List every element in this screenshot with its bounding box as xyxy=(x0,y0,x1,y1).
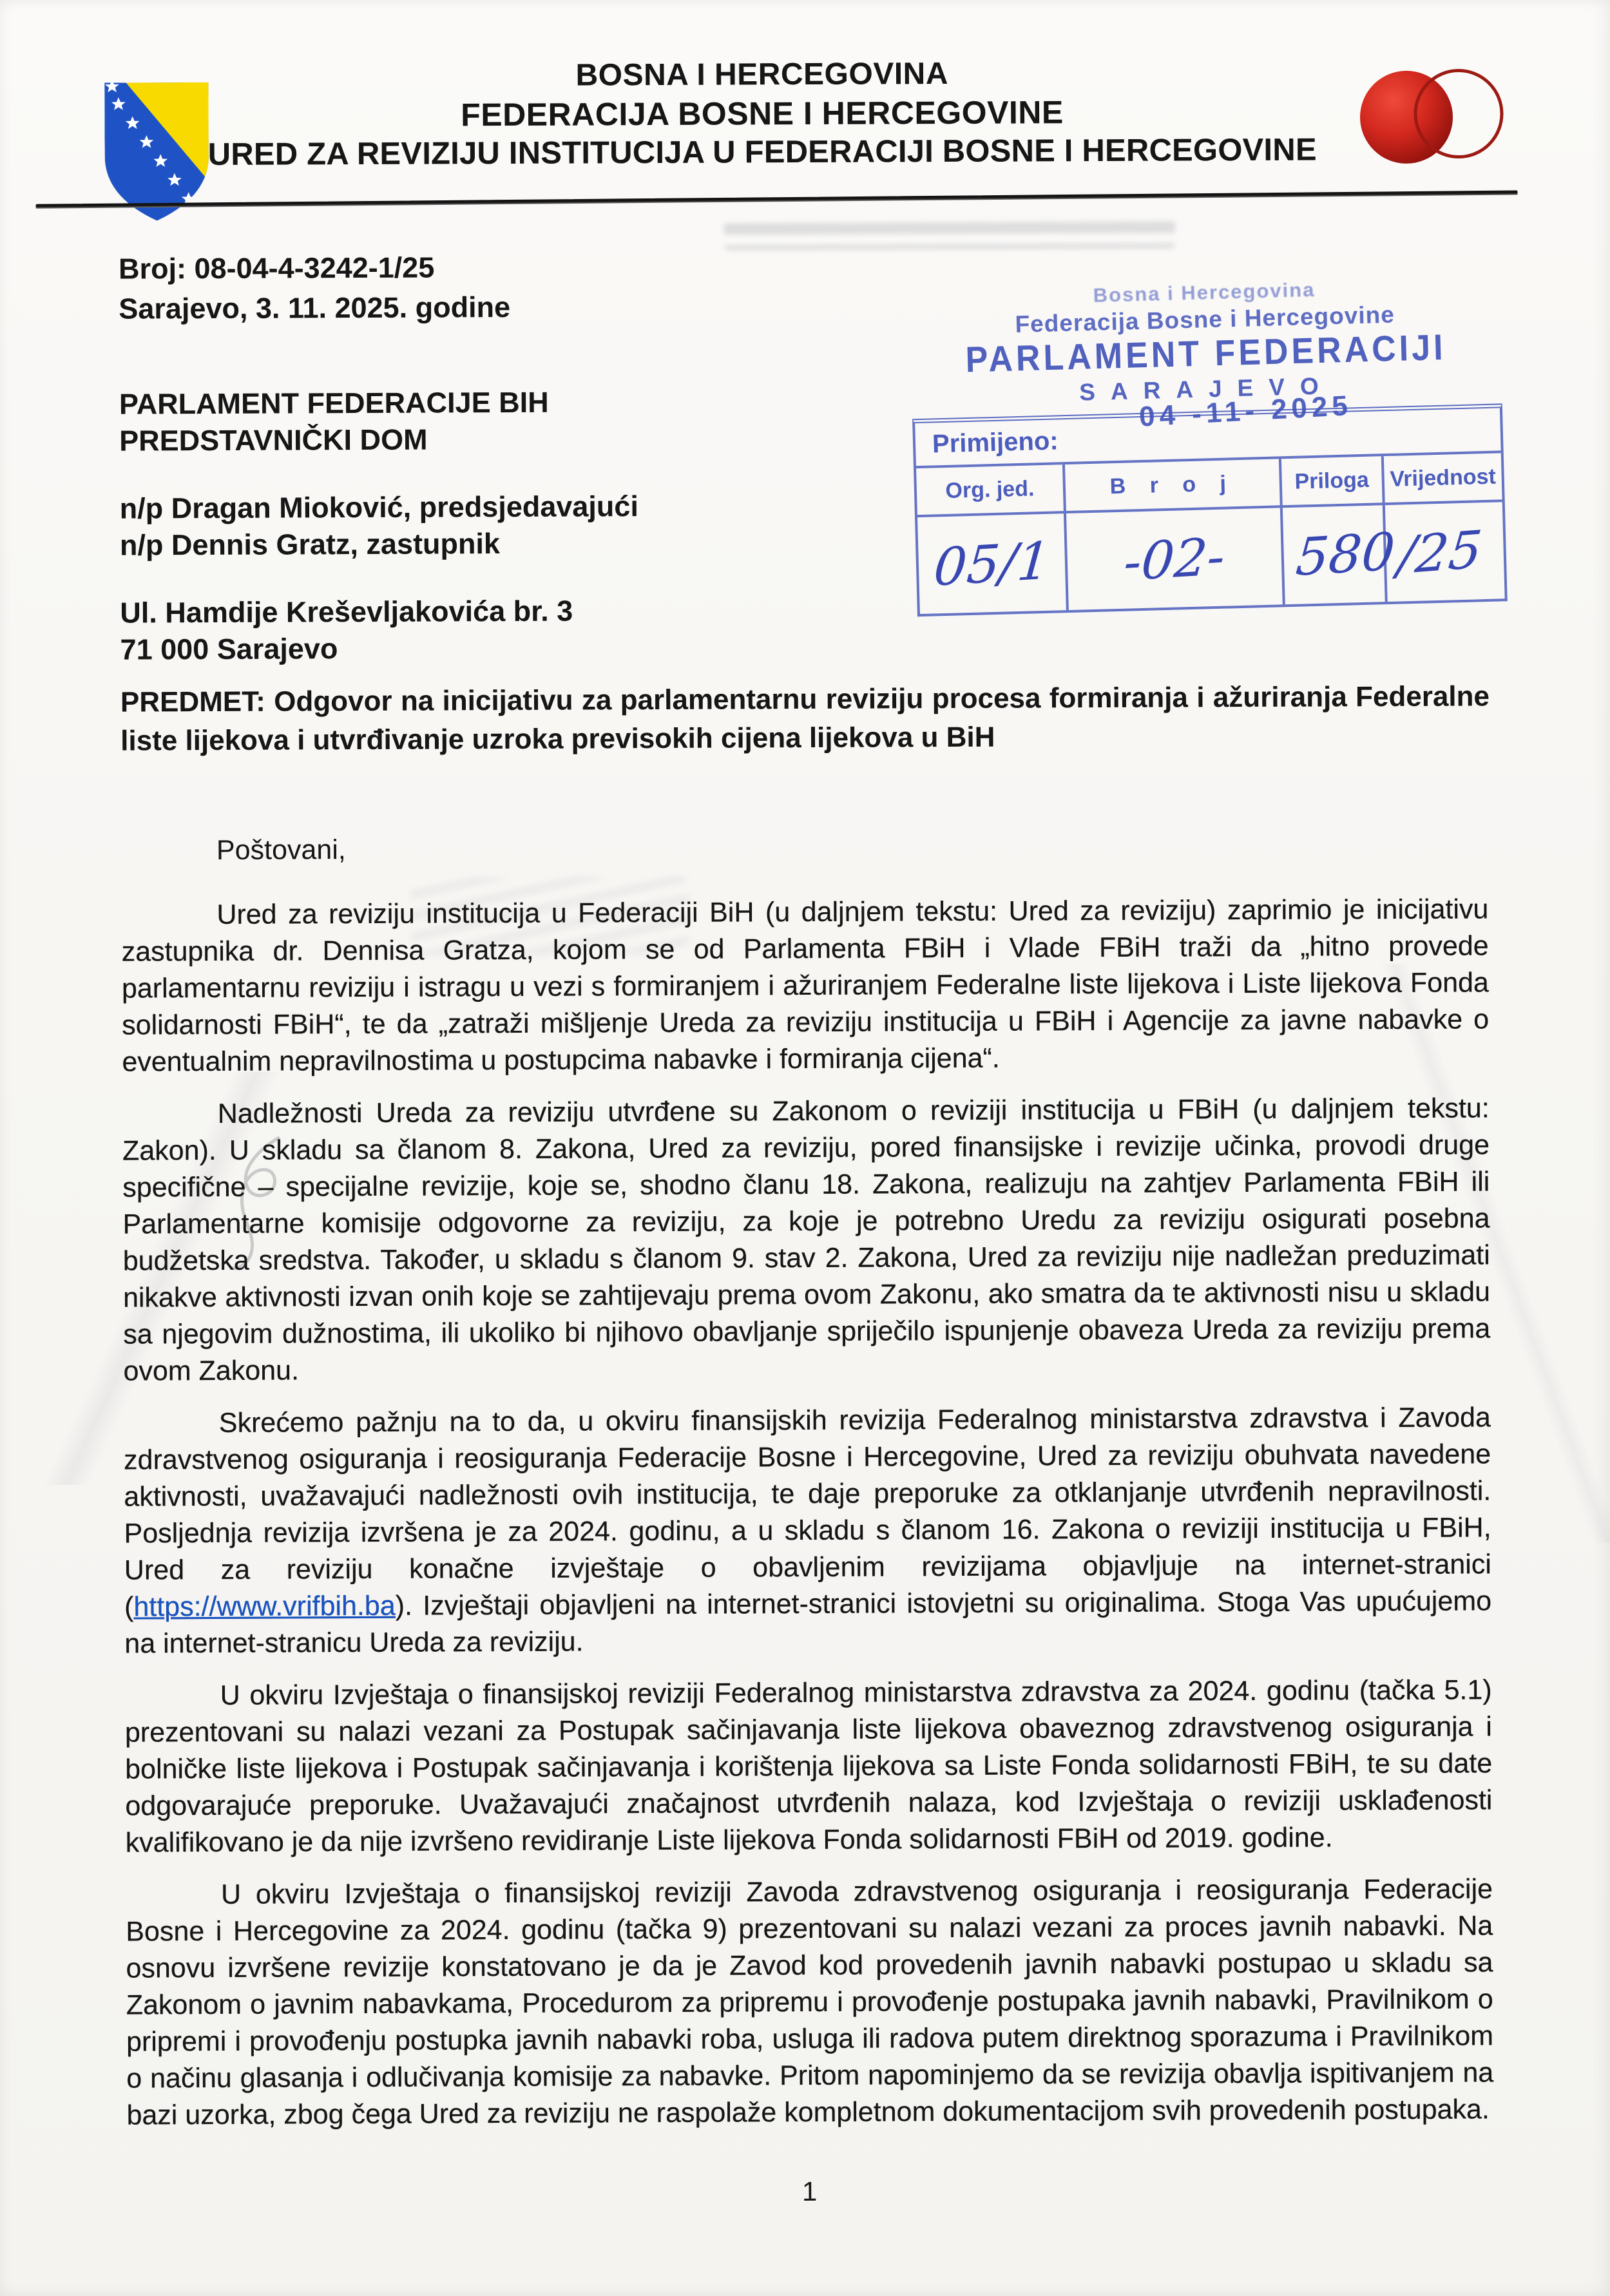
stamp-value-broj: -02- xyxy=(1122,526,1227,592)
stamp-table: Primijeno: Org. jed. B r o j Priloga Vri… xyxy=(912,403,1508,617)
audit-office-logo xyxy=(1354,64,1515,171)
paragraph-1: Ured za reviziju institucija u Federacij… xyxy=(121,891,1489,1080)
letterhead: BOSNA I HERCEGOVINA FEDERACIJA BOSNE I H… xyxy=(34,52,1491,175)
stamp-col-org-jed: Org. jed. xyxy=(916,464,1064,515)
recipient-org-line2: PREDSTAVNIČKI DOM xyxy=(119,420,638,459)
recipient-city: 71 000 Sarajevo xyxy=(120,629,638,668)
stamp-value-vrijednost: /25 xyxy=(1395,519,1484,586)
stamp-col-priloga: Priloga xyxy=(1279,456,1383,505)
reference-place-date: Sarajevo, 3. 11. 2025. godine xyxy=(119,287,510,329)
salutation: Poštovani, xyxy=(216,834,346,866)
received-stamp: Bosna i Hercegovina Federacija Bosne i H… xyxy=(909,273,1508,617)
scanned-letter-page: BOSNA I HERCEGOVINA FEDERACIJA BOSNE I H… xyxy=(0,0,1610,2296)
reference-block: Broj: 08-04-4-3242-1/25 Sarajevo, 3. 11.… xyxy=(119,247,510,329)
recipient-attn-line1: n/p Dragan Mioković, predsjedavajući xyxy=(120,488,638,527)
letterhead-institution: URED ZA REVIZIJU INSTITUCIJA U FEDERACIJ… xyxy=(34,129,1490,175)
header-divider xyxy=(36,191,1518,209)
paragraph-4: U okviru Izvještaja o finansijskoj reviz… xyxy=(125,1672,1493,1861)
scan-artifact xyxy=(724,211,1175,250)
stamp-received-label: Primijeno: xyxy=(915,426,1059,459)
letterhead-federation: FEDERACIJA BOSNE I HERCEGOVINE xyxy=(34,91,1490,136)
paragraph-2: Nadležnosti Ureda za reviziju utvrđene s… xyxy=(122,1090,1491,1390)
stamp-col-vrijednost: Vrijednost xyxy=(1381,453,1502,502)
paragraph-3: Skrećemo pažnju na to da, u okviru finan… xyxy=(124,1399,1492,1662)
stamp-value-org-jed: 05/1 xyxy=(932,530,1053,597)
page-number: 1 xyxy=(5,2173,1610,2211)
recipient-attn-line2: n/p Dennis Gratz, zastupnik xyxy=(120,524,638,564)
letterhead-country: BOSNA I HERCEGOVINA xyxy=(34,52,1490,97)
document-content: BOSNA I HERCEGOVINA FEDERACIJA BOSNE I H… xyxy=(0,0,1610,2296)
paragraph-5: U okviru Izvještaja o finansijskoj reviz… xyxy=(126,1871,1494,2134)
recipient-org-line1: PARLAMENT FEDERACIJE BIH xyxy=(119,383,638,423)
recipient-street: Ul. Hamdije Kreševljakovića br. 3 xyxy=(120,592,638,631)
website-link[interactable]: https://www.vrifbih.ba xyxy=(133,1591,395,1623)
reference-number: Broj: 08-04-4-3242-1/25 xyxy=(119,247,510,289)
stamp-value-priloga: 580 xyxy=(1294,521,1397,588)
letter-body: Ured za reviziju institucija u Federacij… xyxy=(121,891,1493,2149)
stamp-col-broj: B r o j xyxy=(1062,459,1280,511)
recipient-block: PARLAMENT FEDERACIJE BIH PREDSTAVNIČKI D… xyxy=(119,383,639,668)
subject-line: PREDMET: Odgovor na inicijativu za parla… xyxy=(120,677,1490,760)
